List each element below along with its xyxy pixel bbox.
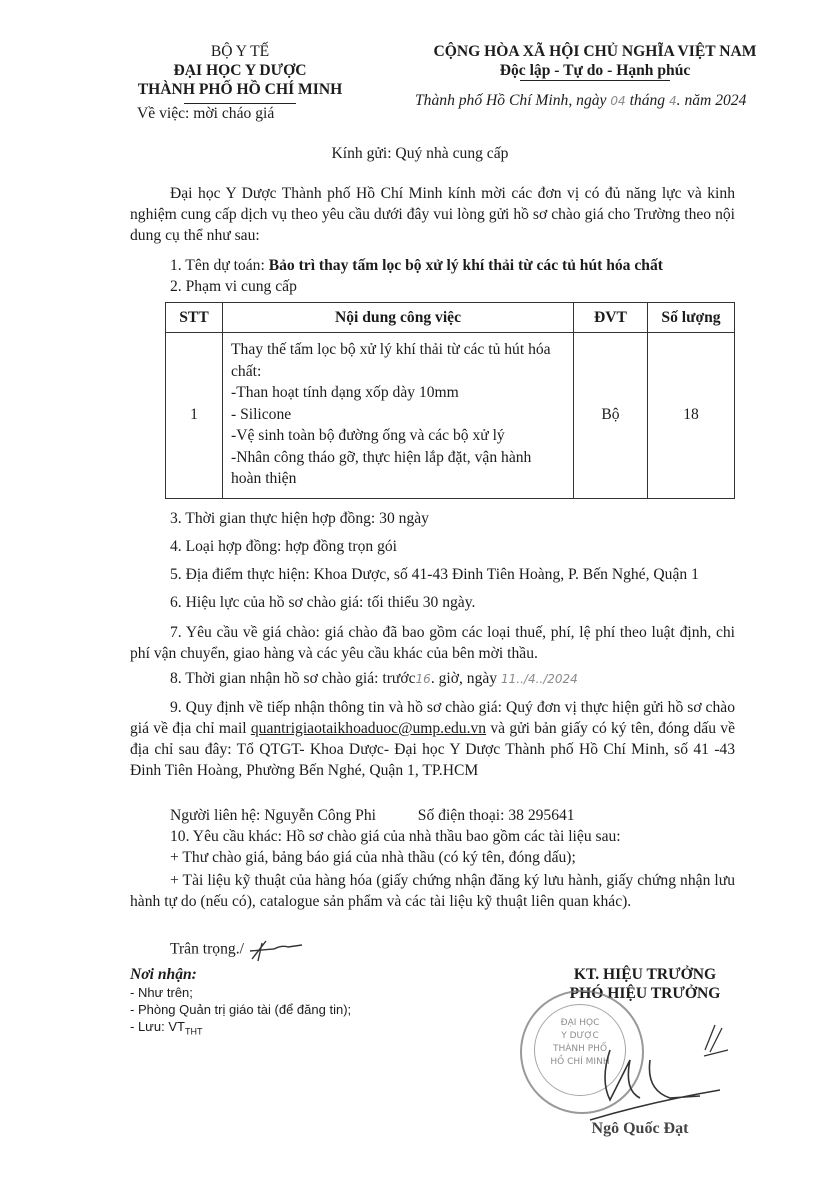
cell-quantity: 18 [648, 333, 735, 499]
deadline-hour: 16 [416, 672, 431, 686]
item-5: 5. Địa điểm thực hiện: Khoa Dược, số 41-… [170, 566, 699, 584]
ministry-name: BỘ Y TẾ [100, 42, 380, 61]
content-line: - Silicone [231, 404, 565, 426]
item-7: 7. Yêu cầu về giá chào: giá chào đã bao … [130, 622, 735, 664]
date-month: 4 [669, 94, 677, 108]
contact-phone: Số điện thoại: 38 295641 [418, 807, 575, 824]
national-motto: Độc lập - Tự do - Hạnh phúc [400, 61, 790, 80]
subject-line: Về việc: mời cháo giá [137, 105, 274, 123]
content-line: -Than hoạt tính dạng xốp dày 10mm [231, 382, 565, 404]
table-row: 1 Thay thế tấm lọc bộ xử lý khí thải từ … [166, 333, 735, 499]
signer-title-1: KT. HIỆU TRƯỞNG [535, 965, 755, 984]
archive-text: - Lưu: VT [130, 1019, 185, 1034]
cell-unit: Bộ [574, 333, 648, 499]
closing: Trân trọng./ [170, 937, 304, 963]
content-line: Thay thế tấm lọc bộ xử lý khí thải từ cá… [231, 339, 565, 382]
motto-underline [520, 80, 670, 81]
date-year: năm 2024 [684, 92, 746, 109]
col-header-unit: ĐVT [574, 303, 648, 333]
item-10-title: 10. Yêu cầu khác: Hồ sơ chào giá của nhà… [170, 828, 621, 846]
place-date: Thành phố Hồ Chí Minh, ngày 04 tháng 4. … [415, 92, 746, 110]
recipient-item: - Phòng Quản trị giáo tài (để đăng tin); [130, 1001, 351, 1018]
date-month-label: tháng [630, 92, 666, 109]
content-line: -Nhân công tháo gỡ, thực hiện lắp đặt, v… [231, 447, 565, 490]
signer-name: Ngô Quốc Đạt [560, 1120, 720, 1138]
item-7-text: 7. Yêu cầu về giá chào: giá chào đã bao … [130, 624, 735, 662]
university-name-line2: THÀNH PHỐ HỒ CHÍ MINH [100, 80, 380, 99]
date-prefix: Thành phố Hồ Chí Minh, ngày [415, 92, 606, 109]
item-2: 2. Phạm vi cung cấp [170, 278, 297, 296]
item-1-label: 1. Tên dự toán: [170, 257, 269, 274]
contact-person: Người liên hệ: Nguyễn Công Phi [170, 807, 376, 824]
country-name: CỘNG HÒA XÃ HỘI CHỦ NGHĨA VIỆT NAM [400, 42, 790, 61]
issuer-header: BỘ Y TẾ ĐẠI HỌC Y DƯỢC THÀNH PHỐ HỒ CHÍ … [100, 42, 380, 104]
greeting: Kính gửi: Quý nhà cung cấp [0, 145, 840, 163]
university-name-line1: ĐẠI HỌC Y DƯỢC [100, 61, 380, 80]
recipient-item: - Lưu: VTTHT [130, 1018, 351, 1041]
content-line: -Vệ sinh toàn bộ đường ống và các bộ xử … [231, 425, 565, 447]
col-header-stt: STT [166, 303, 223, 333]
recipients-block: Nơi nhận: - Như trên; - Phòng Quản trị g… [130, 965, 351, 1041]
cell-stt: 1 [166, 333, 223, 499]
item-1: 1. Tên dự toán: Bảo trì thay tấm lọc bộ … [170, 257, 663, 275]
intro-paragraph: Đại học Y Dược Thành phố Hồ Chí Minh kín… [130, 183, 735, 246]
recipient-item: - Như trên; [130, 984, 351, 1001]
national-header: CỘNG HÒA XÃ HỘI CHỦ NGHĨA VIỆT NAM Độc l… [400, 42, 790, 81]
item-9: 9. Quy định về tiếp nhận thông tin và hồ… [130, 697, 735, 781]
item-3: 3. Thời gian thực hiện hợp đồng: 30 ngày [170, 510, 429, 528]
scope-table: STT Nội dung công việc ĐVT Số lượng 1 Th… [165, 302, 735, 499]
recipients-label: Nơi nhận: [130, 965, 351, 984]
closing-text: Trân trọng./ [170, 941, 244, 958]
col-header-content: Nội dung công việc [223, 303, 574, 333]
estimate-name: Bảo trì thay tấm lọc bộ xử lý khí thải t… [269, 257, 663, 274]
initials-signature-icon [248, 937, 304, 963]
header-divider [184, 103, 296, 104]
item-10-bullet-1: + Thư chào giá, bảng báo giá của nhà thầ… [170, 849, 576, 867]
item-10-bullet-2-text: + Tài liệu kỹ thuật của hàng hóa (giấy c… [130, 872, 735, 910]
deadline-date: 11../4../2024 [501, 672, 578, 686]
date-day: 04 [610, 94, 625, 108]
archive-subscript: THT [185, 1027, 203, 1037]
cell-content: Thay thế tấm lọc bộ xử lý khí thải từ cá… [223, 333, 574, 499]
item-10-bullet-2: + Tài liệu kỹ thuật của hàng hóa (giấy c… [130, 870, 735, 912]
item-6: 6. Hiệu lực của hồ sơ chào giá: tối thiể… [170, 594, 475, 612]
handwritten-signature-icon [580, 1020, 730, 1130]
table-header-row: STT Nội dung công việc ĐVT Số lượng [166, 303, 735, 333]
contact-email-link[interactable]: quantrigiaotaikhoaduoc@ump.edu.vn [251, 720, 486, 737]
item-4: 4. Loại hợp đồng: hợp đồng trọn gói [170, 538, 397, 556]
intro-text: Đại học Y Dược Thành phố Hồ Chí Minh kín… [130, 185, 735, 244]
item-8: 8. Thời gian nhận hồ sơ chào giá: trước1… [170, 670, 578, 688]
hour-label: . giờ, ngày [431, 670, 497, 687]
item-8-label: 8. Thời gian nhận hồ sơ chào giá: trước [170, 670, 416, 687]
contact-line: Người liên hệ: Nguyễn Công Phi Số điện t… [170, 807, 575, 825]
col-header-quantity: Số lượng [648, 303, 735, 333]
